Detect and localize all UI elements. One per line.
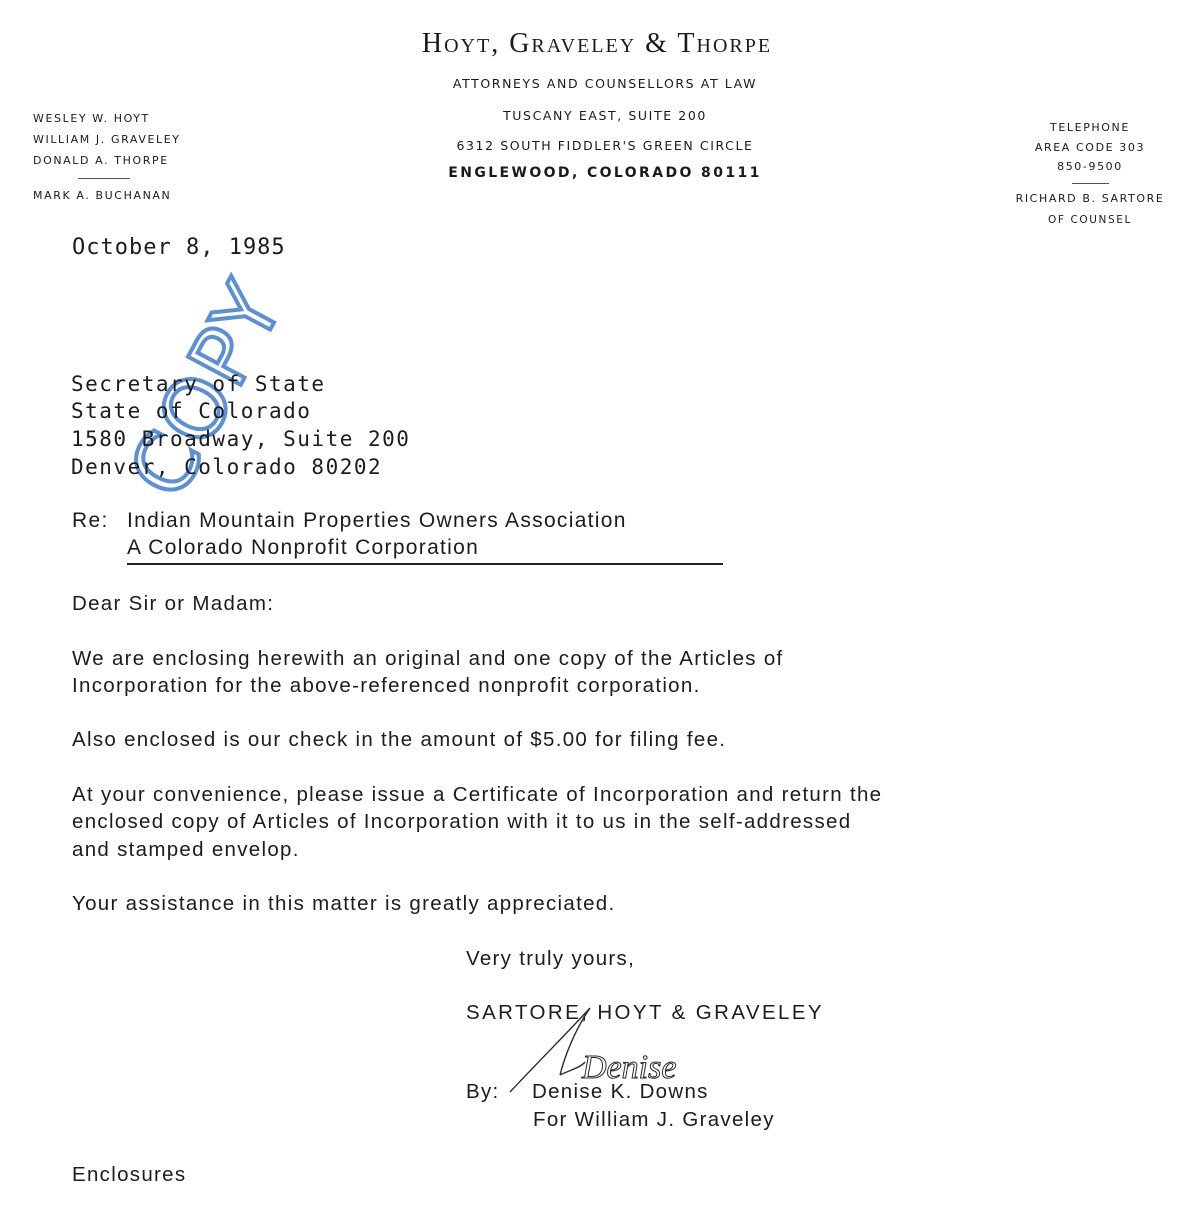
paragraph-line: enclosed copy of Articles of Incorporati…	[72, 808, 882, 835]
re-line: Indian Mountain Properties Owners Associ…	[127, 509, 627, 533]
paragraph: Also enclosed is our check in the amount…	[72, 726, 726, 753]
associate-name: MARK A. BUCHANAN	[33, 185, 171, 206]
salutation: Dear Sir or Madam:	[72, 590, 274, 617]
recipient-line: 1580 Broadway, Suite 200	[71, 427, 410, 451]
re-line: A Colorado Nonprofit Corporation	[127, 536, 479, 560]
recipient-line: State of Colorado	[71, 399, 311, 423]
firm-tagline: ATTORNEYS AND COUNSELLORS AT LAW	[0, 76, 1194, 91]
telephone-block: TELEPHONE AREA CODE 303 850-9500	[1000, 118, 1180, 177]
paragraph-line: Your assistance in this matter is greatl…	[72, 890, 615, 917]
re-label: Re:	[72, 509, 109, 533]
signer-for: For William J. Graveley	[533, 1106, 775, 1133]
paragraph-line: We are enclosing herewith an original an…	[72, 645, 784, 672]
paragraph-line: At your convenience, please issue a Cert…	[72, 781, 882, 808]
of-counsel-label: OF COUNSEL	[1000, 214, 1180, 226]
subject-underline	[127, 563, 723, 565]
partner-name: DONALD A. THORPE	[33, 150, 181, 171]
by-label: By:	[466, 1078, 500, 1105]
paragraph: At your convenience, please issue a Cert…	[72, 781, 882, 863]
paragraph-line: Also enclosed is our check in the amount…	[72, 726, 726, 753]
firm-name: Hoyt, Graveley & Thorpe	[0, 28, 1194, 60]
paragraph: Your assistance in this matter is greatl…	[72, 890, 615, 917]
enclosures-note: Enclosures	[72, 1161, 186, 1188]
recipient-line: Denver, Colorado 80202	[71, 455, 382, 479]
partner-name: WESLEY W. HOYT	[33, 108, 181, 129]
letter-date: October 8, 1985	[72, 235, 286, 260]
divider	[78, 178, 130, 179]
phone-number: 850-9500	[1000, 157, 1180, 177]
partner-name: WILLIAM J. GRAVELEY	[33, 129, 181, 150]
recipient-line: Secretary of State	[71, 372, 326, 396]
paragraph-line: Incorporation for the above-referenced n…	[72, 672, 784, 699]
partner-list: WESLEY W. HOYT WILLIAM J. GRAVELEY DONAL…	[33, 108, 181, 171]
of-counsel-name: RICHARD B. SARTORE	[1000, 192, 1180, 205]
area-code: AREA CODE 303	[1000, 138, 1180, 158]
signer-name: Denise K. Downs	[532, 1078, 709, 1105]
divider	[1072, 183, 1109, 184]
paragraph: We are enclosing herewith an original an…	[72, 645, 784, 700]
closing: Very truly yours,	[466, 945, 635, 972]
paragraph-line: and stamped envelop.	[72, 836, 882, 863]
telephone-label: TELEPHONE	[1000, 118, 1180, 138]
